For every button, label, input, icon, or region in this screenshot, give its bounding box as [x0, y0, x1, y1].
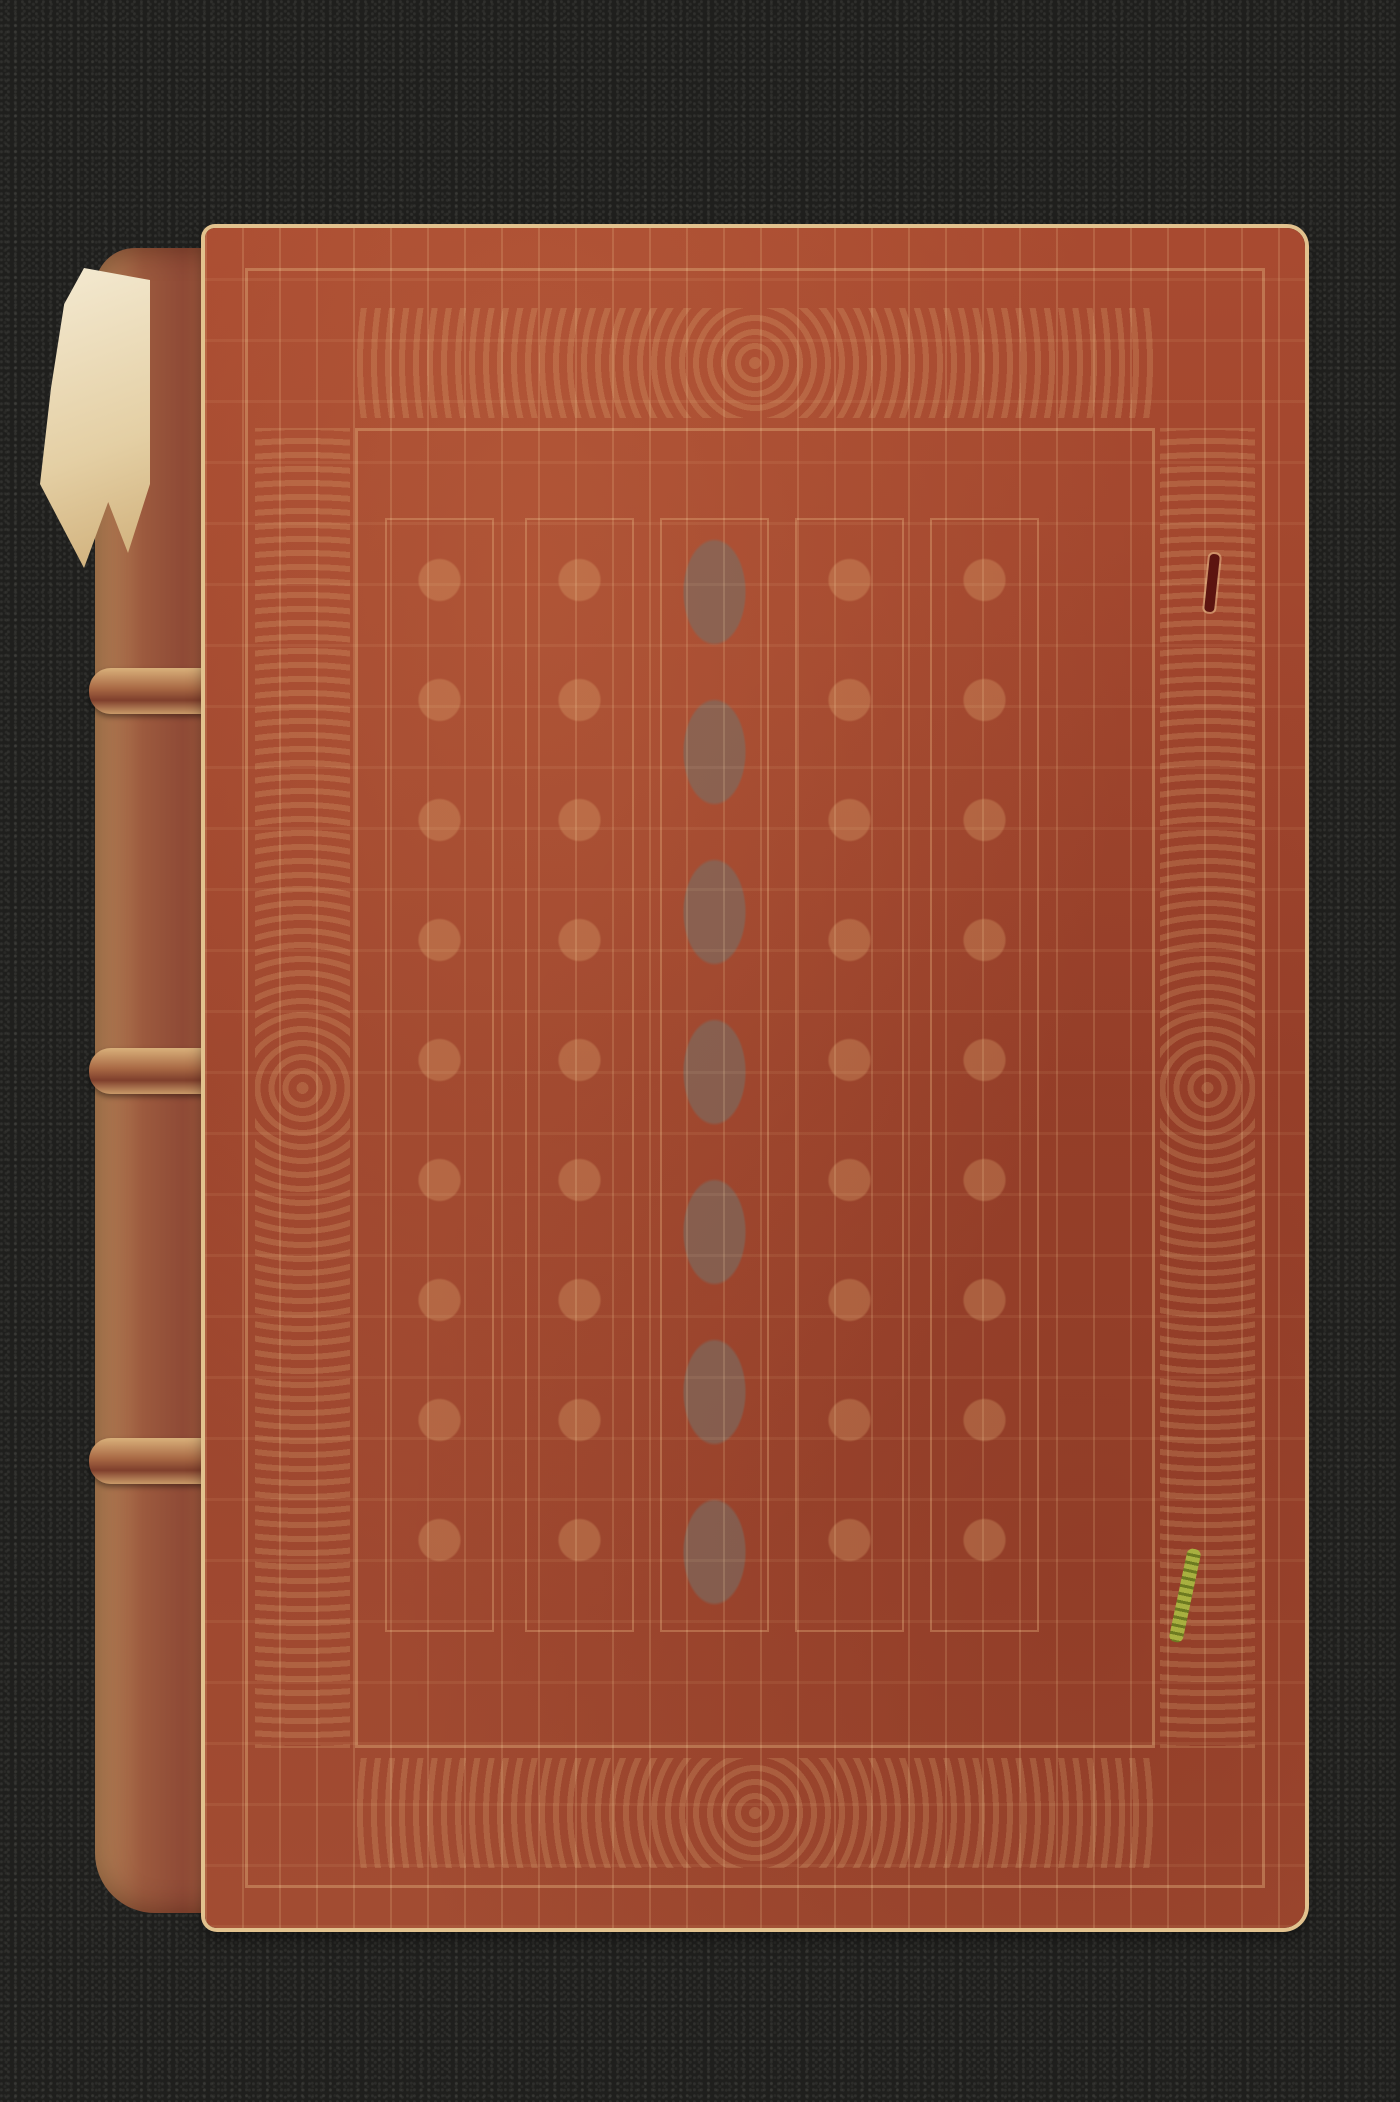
panel-scrollwork — [930, 518, 1039, 1632]
book — [95, 228, 1305, 1928]
panel-vase-roll — [525, 518, 634, 1632]
panel-floral-spray — [660, 518, 769, 1632]
right-roll-border — [1160, 428, 1255, 1748]
top-roll-border — [355, 308, 1155, 418]
panel-scrollwork — [385, 518, 494, 1632]
bottom-roll-border — [355, 1758, 1155, 1868]
left-roll-border — [255, 428, 350, 1748]
panel-vase-roll — [795, 518, 904, 1632]
front-board — [205, 228, 1305, 1928]
